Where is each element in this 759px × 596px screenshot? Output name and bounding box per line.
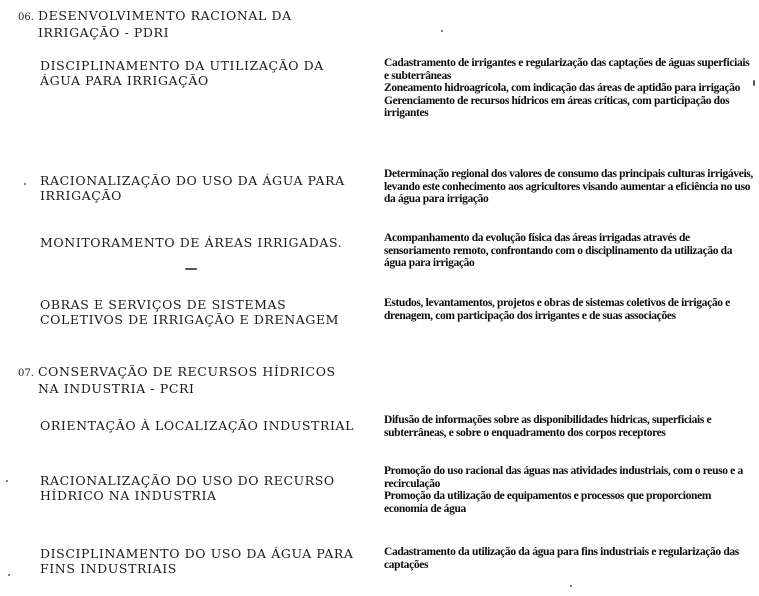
- item-actions: Difusão de informações sobre as disponib…: [384, 414, 756, 439]
- item-title: DISCIPLINAMENTO DO USO DA ÁGUA PARA FINS…: [40, 546, 360, 576]
- item-actions: Promoção do uso racional das águas nas a…: [384, 465, 756, 515]
- item-title: RACIONALIZAÇÃO DO USO DO RECURSO HÍDRICO…: [40, 473, 350, 503]
- action-text: Promoção do uso racional das águas nas a…: [384, 465, 756, 490]
- scan-speck: [185, 268, 197, 270]
- item-actions: Determinação regional dos valores de con…: [384, 168, 756, 206]
- scan-speck: [570, 585, 572, 587]
- section-title-line1: CONSERVAÇÃO DE RECURSOS HÍDRICOS: [38, 364, 336, 379]
- section-title-line1: DESENVOLVIMENTO RACIONAL DA: [38, 8, 292, 23]
- scan-speck: [753, 80, 755, 86]
- item-actions: Acompanhamento da evolução física das ár…: [384, 232, 756, 270]
- section-title-line2: NA INDUSTRIA - PCRI: [18, 381, 378, 396]
- item-title: OBRAS E SERVIÇOS DE SISTEMAS COLETIVOS D…: [40, 297, 340, 327]
- action-text: Determinação regional dos valores de con…: [384, 168, 756, 206]
- scan-speck: [6, 480, 8, 482]
- action-text: Cadastramento da utilização da água para…: [384, 546, 756, 571]
- section-heading-07: 07.CONSERVAÇÃO DE RECURSOS HÍDRICOS NA I…: [18, 364, 378, 396]
- section-number: 06.: [18, 10, 38, 25]
- action-text: Difusão de informações sobre as disponib…: [384, 414, 756, 439]
- item-actions: Estudos, levantamentos, projetos e obras…: [384, 297, 756, 322]
- action-text: Promoção da utilização de equipamentos e…: [384, 490, 756, 515]
- action-text: Acompanhamento da evolução física das ár…: [384, 232, 756, 270]
- action-text: Cadastramento de irrigantes e regulariza…: [384, 57, 756, 82]
- scan-speck: [8, 574, 10, 576]
- item-title: ORIENTAÇÃO À LOCALIZAÇÃO INDUSTRIAL: [40, 418, 385, 433]
- action-text: Zoneamento hidroagrícola, com indicação …: [384, 82, 756, 95]
- item-title: RACIONALIZAÇÃO DO USO DA ÁGUA PARA IRRIG…: [40, 173, 350, 203]
- section-heading-06: 06.DESENVOLVIMENTO RACIONAL DA IRRIGAÇÃO…: [18, 8, 378, 40]
- scan-speck: [24, 183, 26, 185]
- item-actions: Cadastramento de irrigantes e regulariza…: [384, 57, 756, 120]
- item-title: DISCIPLINAMENTO DA UTILIZAÇÃO DA ÁGUA PA…: [40, 58, 350, 88]
- section-title-line2: IRRIGAÇÃO - PDRI: [18, 25, 378, 40]
- item-actions: Cadastramento da utilização da água para…: [384, 546, 756, 571]
- item-title: MONITORAMENTO DE ÁREAS IRRIGADAS.: [40, 235, 380, 250]
- section-number: 07.: [18, 366, 38, 381]
- action-text: Gerenciamento de recursos hídricos em ár…: [384, 95, 756, 120]
- scan-speck: [441, 30, 443, 32]
- action-text: Estudos, levantamentos, projetos e obras…: [384, 297, 756, 322]
